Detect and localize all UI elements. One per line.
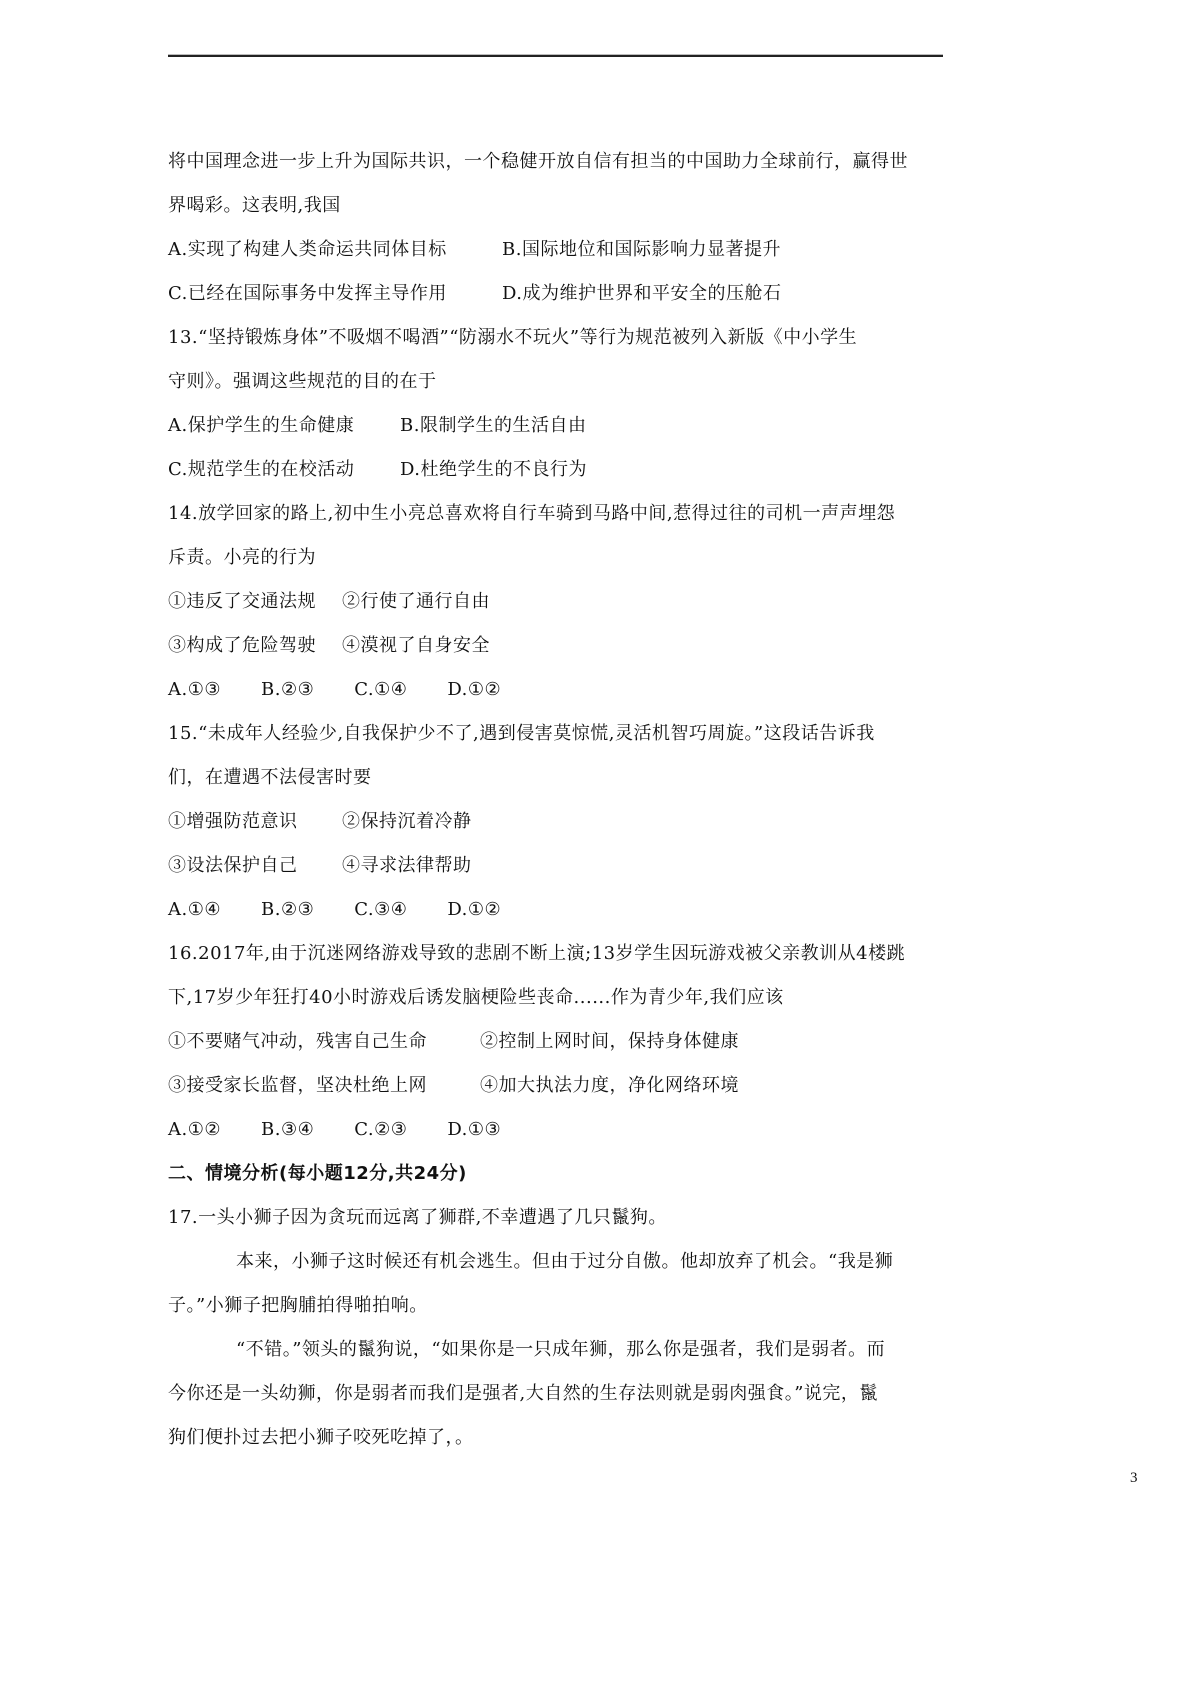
question-stem-line: 14.放学回家的路上,初中生小亮总喜欢将自行车骑到马路中间,惹得过往的司机一声声… [168,492,958,536]
question-stem-line: 守则》。强调这些规范的目的在于 [168,360,958,404]
document-body: 将中国理念进一步上升为国际共识，一个稳健开放自信有担当的中国助力全球前行，赢得世… [168,140,958,1460]
statement-3: ③设法保护自己 [168,844,342,888]
option-d: D.成为维护世界和平安全的压舱石 [502,272,782,316]
question-stem-line: 斥责。小亮的行为 [168,536,958,580]
question-stem-line: 界喝彩。这表明,我国 [168,184,958,228]
option-d: D.①② [447,888,501,932]
statement-4: ④寻求法律帮助 [342,844,472,888]
statement-1: ①不要赌气冲动，残害自己生命 [168,1020,480,1064]
option-c: C.①④ [354,668,407,712]
option-d: D.①② [447,668,501,712]
option-c: C.已经在国际事务中发挥主导作用 [168,272,502,316]
question-stem-line: 13.“坚持锻炼身体”不吸烟不喝酒”“防溺水不玩火”等行为规范被列入新版《中小学… [168,316,958,360]
option-d: D.①③ [447,1108,501,1152]
statements-row: ①增强防范意识 ②保持沉着冷静 [168,800,958,844]
question-14: 14.放学回家的路上,初中生小亮总喜欢将自行车骑到马路中间,惹得过往的司机一声声… [168,492,958,712]
statement-1: ①增强防范意识 [168,800,342,844]
passage-line: 今你还是一头幼狮，你是弱者而我们是强者,大自然的生存法则就是弱肉强食。”说完，鬣 [168,1372,958,1416]
question-13: 13.“坚持锻炼身体”不吸烟不喝酒”“防溺水不玩火”等行为规范被列入新版《中小学… [168,316,958,492]
statements-row: ①违反了交通法规 ②行使了通行自由 [168,580,958,624]
question-stem-line: 将中国理念进一步上升为国际共识，一个稳健开放自信有担当的中国助力全球前行，赢得世 [168,140,958,184]
option-a: A.①④ [168,888,221,932]
passage-line: “不错。”领头的鬣狗说，“如果你是一只成年狮，那么你是强者，我们是弱者。而 [168,1328,958,1372]
statement-2: ②控制上网时间，保持身体健康 [480,1020,739,1064]
question-stem-line: 下,17岁少年狂打40小时游戏后诱发脑梗险些丧命......作为青少年,我们应该 [168,976,958,1020]
question-17: 17.一头小狮子因为贪玩而远离了狮群,不幸遭遇了几只鬣狗。 本来，小狮子这时候还… [168,1196,958,1460]
question-15: 15.“未成年人经验少,自我保护少不了,遇到侵害莫惊慌,灵活机智巧周旋。”这段话… [168,712,958,932]
options-row: A.①③ B.②③ C.①④ D.①② [168,668,958,712]
option-a: A.保护学生的生命健康 [168,404,400,448]
option-b: B.②③ [261,668,314,712]
question-stem-line: 17.一头小狮子因为贪玩而远离了狮群,不幸遭遇了几只鬣狗。 [168,1196,958,1240]
section-title: 二、情境分析(每小题12分,共24分) [168,1152,958,1196]
page-number: 3 [1130,1470,1138,1487]
statement-3: ③构成了危险驾驶 [168,624,342,668]
statements-row: ③构成了危险驾驶 ④漠视了自身安全 [168,624,958,668]
options-row: C.规范学生的在校活动 D.杜绝学生的不良行为 [168,448,958,492]
statement-2: ②行使了通行自由 [342,580,490,624]
option-b: B.限制学生的生活自由 [400,404,586,448]
options-row: C.已经在国际事务中发挥主导作用 D.成为维护世界和平安全的压舱石 [168,272,958,316]
statements-row: ①不要赌气冲动，残害自己生命 ②控制上网时间，保持身体健康 [168,1020,958,1064]
question-stem-line: 15.“未成年人经验少,自我保护少不了,遇到侵害莫惊慌,灵活机智巧周旋。”这段话… [168,712,958,756]
statement-3: ③接受家长监督，坚决杜绝上网 [168,1064,480,1108]
header-rule [168,55,943,57]
passage-line: 子。”小狮子把胸脯拍得啪拍响。 [168,1284,958,1328]
option-b: B.③④ [261,1108,314,1152]
options-row: A.①④ B.②③ C.③④ D.①② [168,888,958,932]
options-row: A.①② B.③④ C.②③ D.①③ [168,1108,958,1152]
question-16: 16.2017年,由于沉迷网络游戏导致的悲剧不断上演;13岁学生因玩游戏被父亲教… [168,932,958,1152]
passage-line: 本来，小狮子这时候还有机会逃生。但由于过分自傲。他却放弃了机会。“我是狮 [168,1240,958,1284]
statement-4: ④漠视了自身安全 [342,624,490,668]
options-row: A.保护学生的生命健康 B.限制学生的生活自由 [168,404,958,448]
option-a: A.①② [168,1108,221,1152]
option-a: A.①③ [168,668,221,712]
option-b: B.国际地位和国际影响力显著提升 [502,228,781,272]
statements-row: ③接受家长监督，坚决杜绝上网 ④加大执法力度，净化网络环境 [168,1064,958,1108]
question-stem-line: 们，在遭遇不法侵害时要 [168,756,958,800]
statement-4: ④加大执法力度，净化网络环境 [480,1064,739,1108]
option-d: D.杜绝学生的不良行为 [400,448,587,492]
options-row: A.实现了构建人类命运共同体目标 B.国际地位和国际影响力显著提升 [168,228,958,272]
option-a: A.实现了构建人类命运共同体目标 [168,228,502,272]
option-c: C.③④ [354,888,407,932]
statement-1: ①违反了交通法规 [168,580,342,624]
statement-2: ②保持沉着冷静 [342,800,472,844]
statements-row: ③设法保护自己 ④寻求法律帮助 [168,844,958,888]
passage-line: 狗们便扑过去把小狮子咬死吃掉了，。 [168,1416,958,1460]
option-c: C.②③ [354,1108,407,1152]
option-b: B.②③ [261,888,314,932]
question-stem-line: 16.2017年,由于沉迷网络游戏导致的悲剧不断上演;13岁学生因玩游戏被父亲教… [168,932,958,976]
question-12: 将中国理念进一步上升为国际共识，一个稳健开放自信有担当的中国助力全球前行，赢得世… [168,140,958,316]
option-c: C.规范学生的在校活动 [168,448,400,492]
